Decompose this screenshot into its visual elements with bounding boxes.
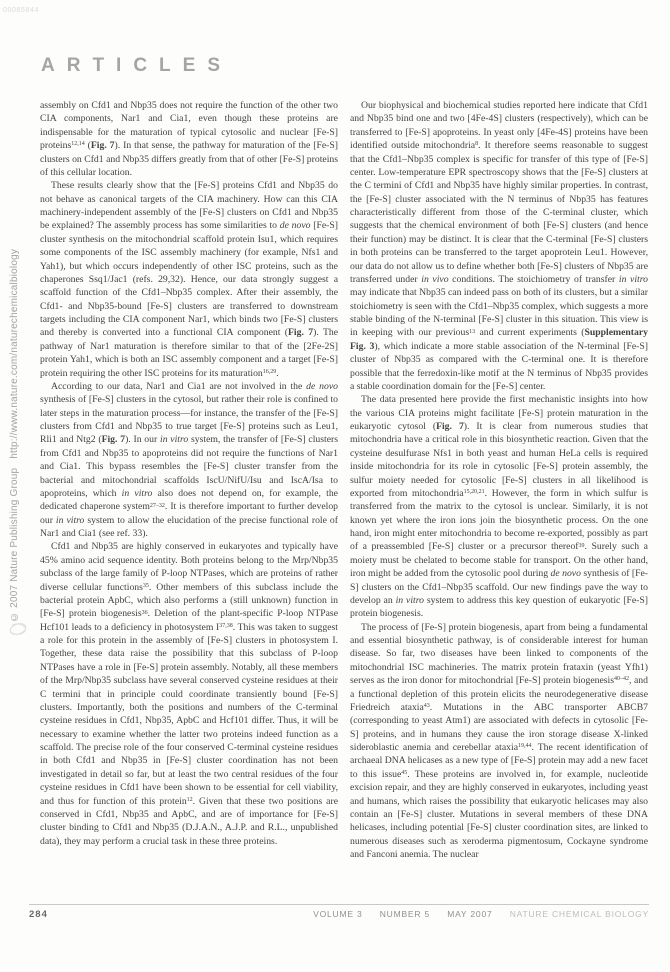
two-column-text: assembly on Cfd1 and Nbp35 does not requ… xyxy=(40,99,648,861)
paragraph: Our biophysical and biochemical studies … xyxy=(350,99,648,393)
paragraph: The process of [Fe-S] protein biogenesis… xyxy=(350,621,648,862)
paragraph: The data presented here provide the firs… xyxy=(350,393,648,620)
number-label: NUMBER 5 xyxy=(380,909,430,919)
page-title: ARTICLES xyxy=(41,55,648,77)
date-label: MAY 2007 xyxy=(447,909,492,919)
paragraph: assembly on Cfd1 and Nbp35 does not requ… xyxy=(40,99,338,179)
npg-logo-icon xyxy=(7,620,29,646)
scan-id: 00065844 xyxy=(3,7,39,14)
issue-info: VOLUME 3 NUMBER 5 MAY 2007 NATURE CHEMIC… xyxy=(299,909,649,919)
right-column: Our biophysical and biochemical studies … xyxy=(350,99,648,861)
page-footer: 284 VOLUME 3 NUMBER 5 MAY 2007 NATURE CH… xyxy=(29,904,649,920)
paragraph: According to our data, Nar1 and Cia1 are… xyxy=(40,380,338,541)
journal-page: 00065844 © 2007 Nature Publishing Group … xyxy=(0,0,670,972)
copyright-vertical-text: © 2007 Nature Publishing Group http://ww… xyxy=(9,192,25,622)
paragraph: Cfd1 and Nbp35 are highly conserved in e… xyxy=(40,540,338,848)
paragraph: These results clearly show that the [Fe-… xyxy=(40,179,338,380)
page-number: 284 xyxy=(29,909,48,920)
article-content: ARTICLES assembly on Cfd1 and Nbp35 does… xyxy=(40,55,648,861)
left-column: assembly on Cfd1 and Nbp35 does not requ… xyxy=(40,99,338,861)
journal-name: NATURE CHEMICAL BIOLOGY xyxy=(510,909,649,919)
volume-label: VOLUME 3 xyxy=(313,909,362,919)
